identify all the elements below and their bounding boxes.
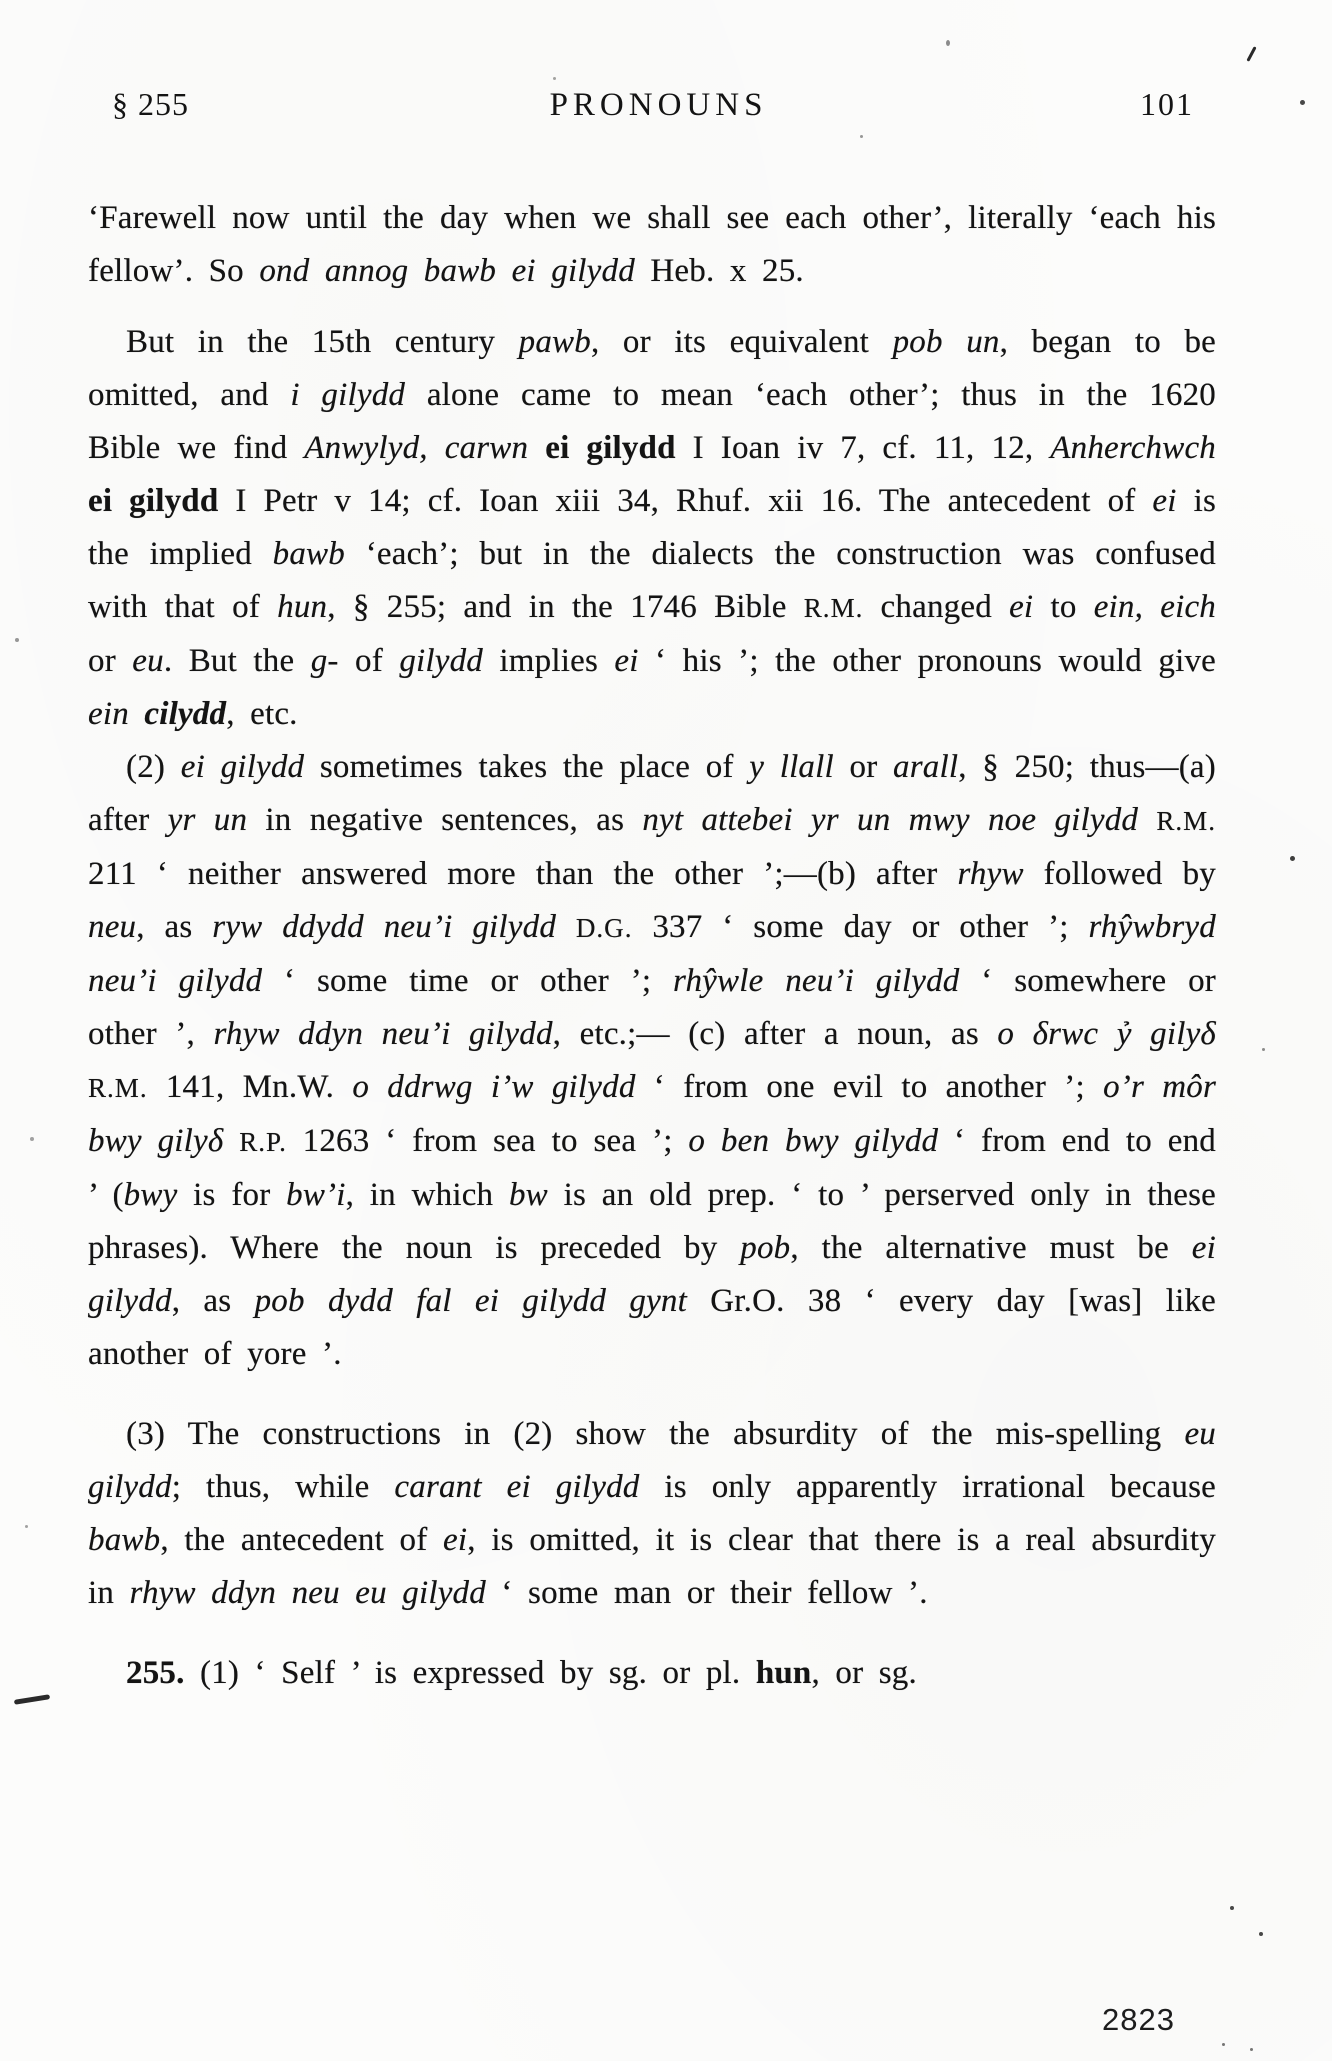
text-segment: ei gilydd bbox=[88, 483, 218, 519]
text-segment: R.M. bbox=[804, 593, 864, 623]
text-segment: ond annog bawb ei gilydd bbox=[259, 253, 635, 289]
text-segment: or bbox=[88, 643, 132, 679]
text-segment: ei bbox=[1152, 483, 1176, 519]
text-segment: , as bbox=[136, 909, 212, 945]
scan-stamp-number: 2823 bbox=[1102, 2002, 1175, 2038]
text-segment: I Petr v 14; cf. Ioan xiii 34, Rhuf. xii… bbox=[218, 483, 1152, 519]
text-segment: ei bbox=[443, 1522, 467, 1558]
scan-speck bbox=[1222, 2043, 1225, 2046]
paragraph: 255. (1) ‘ Self ’ is expressed by sg. or… bbox=[88, 1647, 1216, 1700]
scan-speck bbox=[946, 40, 950, 46]
text-segment: 1263 ‘ from sea to sea ’; bbox=[287, 1123, 689, 1159]
text-segment: o ddrwg i’w gilydd bbox=[352, 1069, 635, 1105]
text-segment: I Ioan iv 7, cf. 11, 12, bbox=[676, 430, 1051, 466]
text-segment: bwy bbox=[124, 1177, 178, 1213]
margin-dash-mark bbox=[14, 1694, 50, 1705]
text-segment: followed by bbox=[1024, 856, 1216, 892]
text-segment: rhyw ddyn neu eu gilydd bbox=[130, 1575, 486, 1611]
text-segment: 337 ‘ some day or other ’; bbox=[632, 909, 1088, 945]
text-segment: ein bbox=[88, 696, 129, 732]
page-header: § 255 PRONOUNS 101 bbox=[88, 86, 1216, 124]
text-segment: bw bbox=[509, 1177, 548, 1213]
text-segment: bw’i bbox=[286, 1177, 345, 1213]
text-segment: , etc. bbox=[226, 696, 297, 732]
text-segment bbox=[556, 909, 576, 945]
scan-speck bbox=[860, 135, 863, 138]
text-segment: R.P. bbox=[239, 1127, 287, 1157]
text-segment: pob dydd fal ei gilydd gynt bbox=[255, 1283, 687, 1319]
text-segment: pawb bbox=[519, 324, 591, 360]
scan-speck bbox=[1230, 1906, 1234, 1910]
text-segment: eu bbox=[132, 643, 164, 679]
text-segment: y llall bbox=[749, 749, 834, 785]
text-segment: rhyw bbox=[957, 856, 1023, 892]
text-segment: ‘ from one evil to another ’; bbox=[636, 1069, 1104, 1105]
text-segment: ; thus, while bbox=[172, 1469, 395, 1505]
text-segment: , or sg. bbox=[811, 1655, 916, 1691]
text-segment: , the antecedent of bbox=[160, 1522, 443, 1558]
text-segment: (2) bbox=[126, 749, 181, 785]
scan-speck bbox=[1262, 1048, 1265, 1051]
text-segment: ei bbox=[1009, 589, 1033, 625]
text-segment: 141, Mn.W. bbox=[148, 1069, 353, 1105]
text-segment: ‘ his ’; the other pronouns would give bbox=[639, 643, 1216, 679]
text-segment: ‘ some man or their fellow ’. bbox=[486, 1575, 928, 1611]
text-segment: , in which bbox=[346, 1177, 509, 1213]
scan-speck bbox=[553, 77, 556, 80]
text-segment: , etc.;— (c) after a noun, as bbox=[553, 1016, 998, 1052]
text-segment: sometimes takes the place of bbox=[304, 749, 749, 785]
text-segment: neu bbox=[88, 909, 136, 945]
paragraph: ‘Farewell now until the day when we shal… bbox=[88, 192, 1216, 298]
text-segment: Anherchwch bbox=[1050, 430, 1216, 466]
text-segment: rhyw ddyn neu’i gilydd bbox=[213, 1016, 552, 1052]
text-segment: 255. bbox=[126, 1655, 185, 1691]
paragraph: (3) The constructions in (2) show the ab… bbox=[88, 1408, 1216, 1620]
running-title: PRONOUNS bbox=[550, 87, 768, 124]
text-segment: bawb bbox=[273, 536, 345, 572]
scan-speck bbox=[15, 638, 19, 642]
text-segment: implies bbox=[483, 643, 614, 679]
scan-speck bbox=[1259, 1932, 1263, 1936]
text-segment: ei gilydd bbox=[545, 430, 675, 466]
text-segment bbox=[528, 430, 545, 466]
text-segment: hun bbox=[277, 589, 327, 625]
text-segment: , § 255; and in the 1746 Bible bbox=[327, 589, 804, 625]
scan-speck bbox=[1250, 2048, 1253, 2051]
text-segment: bawb bbox=[88, 1522, 160, 1558]
scan-speck bbox=[1300, 100, 1305, 105]
text-segment: Heb. x 25. bbox=[635, 253, 804, 289]
text-segment: pob un bbox=[893, 324, 1000, 360]
text-segment: , as bbox=[172, 1283, 255, 1319]
text-segment: to bbox=[1033, 589, 1093, 625]
text-segment: ei gilydd bbox=[181, 749, 305, 785]
text-segment: ei bbox=[614, 643, 638, 679]
text-segment: (1) ‘ Self ’ is expressed by sg. or pl. bbox=[185, 1655, 756, 1691]
text-segment: o δrwc ỷ gilyδ bbox=[997, 1016, 1216, 1052]
text-segment: arall bbox=[893, 749, 958, 785]
text-segment bbox=[1138, 802, 1156, 838]
scan-speck bbox=[30, 1137, 34, 1141]
text-segment: yr un bbox=[168, 802, 248, 838]
text-segment: gilydd bbox=[399, 643, 483, 679]
text-segment: g- bbox=[311, 643, 339, 679]
text-segment: of bbox=[339, 643, 400, 679]
section-number: § 255 bbox=[88, 86, 189, 123]
scan-speck bbox=[25, 1525, 28, 1528]
text-segment: But in the 15th century bbox=[126, 324, 519, 360]
text-segment: Anwylyd, carwn bbox=[304, 430, 528, 466]
text-segment: R.M. bbox=[1156, 806, 1216, 836]
text-segment: R.M. bbox=[88, 1073, 148, 1103]
text-segment: . But the bbox=[164, 643, 311, 679]
text-segment: (3) The constructions in (2) show the ab… bbox=[126, 1416, 1184, 1452]
text-segment: carant ei gilydd bbox=[394, 1469, 639, 1505]
text-segment: hun bbox=[756, 1655, 812, 1691]
text-segment: 211 ‘ neither answered more than the oth… bbox=[88, 856, 957, 892]
text-segment: pob bbox=[740, 1230, 790, 1266]
text-segment bbox=[129, 696, 144, 732]
text-segment: nyt attebei yr un mwy noe gilydd bbox=[642, 802, 1138, 838]
text-segment bbox=[223, 1123, 239, 1159]
text-segment: D.G. bbox=[576, 913, 633, 943]
paragraph: But in the 15th century pawb, or its equ… bbox=[88, 316, 1216, 741]
text-segment: in negative sentences, as bbox=[247, 802, 642, 838]
text-segment: ‘ some time or other ’; bbox=[262, 963, 673, 999]
paragraph: (2) ei gilydd sometimes takes the place … bbox=[88, 741, 1216, 1381]
page-body: ‘Farewell now until the day when we shal… bbox=[88, 192, 1216, 1700]
scanned-book-page: § 255 PRONOUNS 101 ‘Farewell now until t… bbox=[0, 0, 1332, 2061]
text-segment: is only apparently irrational because bbox=[639, 1469, 1216, 1505]
text-segment: ryw ddydd neu’i gilydd bbox=[212, 909, 556, 945]
text-segment: ein, eich bbox=[1094, 589, 1216, 625]
scan-speck bbox=[1290, 856, 1295, 861]
page-number: 101 bbox=[1140, 86, 1216, 123]
text-segment: changed bbox=[863, 589, 1009, 625]
text-segment: or bbox=[834, 749, 893, 785]
text-segment: i gilydd bbox=[290, 377, 405, 413]
text-segment: rhŷwle neu’i gilydd bbox=[673, 963, 959, 999]
scan-mark bbox=[1246, 46, 1256, 62]
text-segment: o ben bwy gilydd bbox=[688, 1123, 938, 1159]
text-segment: , or its equivalent bbox=[591, 324, 893, 360]
text-segment: cilydd bbox=[144, 696, 226, 732]
text-segment: , the alternative must be bbox=[790, 1230, 1191, 1266]
text-segment: is for bbox=[177, 1177, 286, 1213]
